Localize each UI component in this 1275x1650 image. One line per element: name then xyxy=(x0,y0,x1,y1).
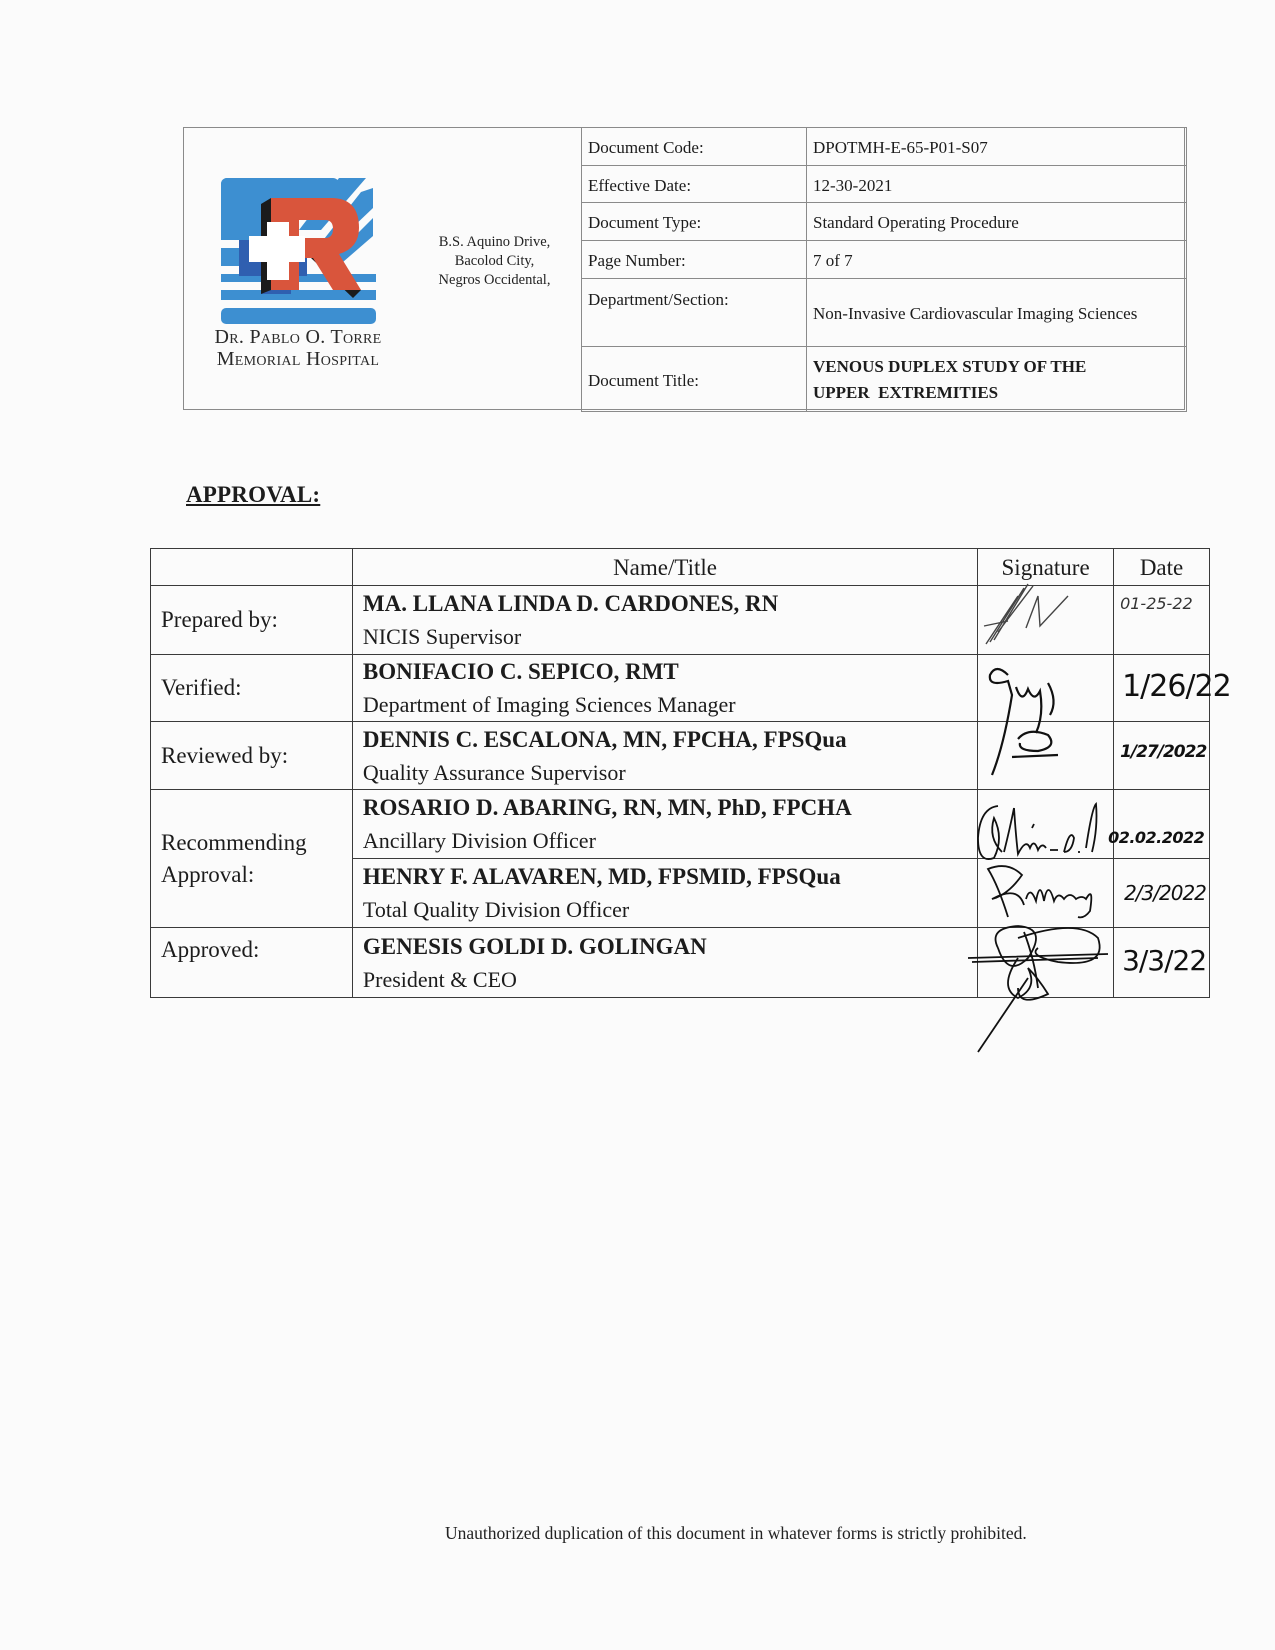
approver-cell: ROSARIO D. ABARING, RN, MN, PhD, FPCHA A… xyxy=(352,790,977,859)
approval-role: Recommending Approval: xyxy=(151,790,353,928)
approver-title: Department of Imaging Sciences Manager xyxy=(363,688,977,721)
signature-cell xyxy=(978,790,1114,859)
hospital-address: B.S. Aquino Drive, Bacolod City, Negros … xyxy=(412,233,577,293)
approver-title: Total Quality Division Officer xyxy=(363,893,977,926)
date-cell: 3/3/22 xyxy=(1114,928,1210,998)
signature-cell xyxy=(978,586,1114,655)
meta-label: Document Title: xyxy=(582,347,807,412)
signature-cell xyxy=(978,722,1114,790)
meta-value-document-code: DPOTMH-E-65-P01-S07 xyxy=(807,128,1187,166)
approval-row-prepared: Prepared by: MA. LLANA LINDA D. CARDONES… xyxy=(151,586,1210,655)
signature-icon xyxy=(974,798,1114,868)
hospital-name: Dr. Pablo O. Torre Memorial Hospital xyxy=(184,326,412,370)
approver-name: BONIFACIO C. SEPICO, RMT xyxy=(363,655,977,688)
approval-row-verified: Verified: BONIFACIO C. SEPICO, RMT Depar… xyxy=(151,655,1210,722)
address-line: Negros Occidental, xyxy=(439,272,551,288)
column-header-name-title: Name/Title xyxy=(352,549,977,586)
hospital-name-line2: Memorial Hospital xyxy=(217,348,380,370)
meta-label: Effective Date: xyxy=(582,166,807,203)
approval-date: 02.02.2022 xyxy=(1108,828,1204,847)
title-line2: UPPER EXTREMITIES xyxy=(813,383,998,402)
approval-row-recommending-1: Recommending Approval: ROSARIO D. ABARIN… xyxy=(151,790,1210,859)
approver-title: Quality Assurance Supervisor xyxy=(363,756,977,789)
approval-date: 1/26/22 xyxy=(1122,669,1231,704)
approval-row-reviewed: Reviewed by: DENNIS C. ESCALONA, MN, FPC… xyxy=(151,722,1210,790)
approver-name: ROSARIO D. ABARING, RN, MN, PhD, FPCHA xyxy=(363,791,977,824)
approver-cell: HENRY F. ALAVAREN, MD, FPSMID, FPSQua To… xyxy=(352,859,977,928)
meta-label: Department/Section: xyxy=(582,279,807,347)
column-header-signature: Signature xyxy=(978,549,1114,586)
approval-role: Approved: xyxy=(151,928,353,998)
approval-date: 1/27/2022 xyxy=(1120,742,1206,762)
role-line1: Recommending xyxy=(161,830,307,855)
title-line1: VENOUS DUPLEX STUDY OF THE xyxy=(813,357,1086,376)
approver-title: Ancillary Division Officer xyxy=(363,824,977,857)
approval-heading: APPROVAL: xyxy=(186,482,320,508)
approval-date: 2/3/2022 xyxy=(1124,881,1206,905)
column-header-role xyxy=(151,549,353,586)
hospital-logo-icon xyxy=(221,178,376,326)
date-cell: 2/3/2022 xyxy=(1114,859,1210,928)
signature-cell xyxy=(978,928,1114,998)
approver-title: NICIS Supervisor xyxy=(363,620,977,653)
meta-row-department: Department/Section: Non-Invasive Cardiov… xyxy=(582,279,1187,347)
duplication-notice: Unauthorized duplication of this documen… xyxy=(445,1523,1027,1544)
meta-value-department: Non-Invasive Cardiovascular Imaging Scie… xyxy=(807,279,1187,347)
meta-row-page-number: Page Number: 7 of 7 xyxy=(582,241,1187,279)
address-line: 6100 xyxy=(480,291,509,293)
hospital-name-line1: Dr. Pablo O. Torre xyxy=(214,326,381,348)
signature-icon xyxy=(978,855,1114,925)
meta-row-document-code: Document Code: DPOTMH-E-65-P01-S07 xyxy=(582,128,1187,166)
approver-title: President & CEO xyxy=(363,963,977,996)
meta-value-document-type: Standard Operating Procedure xyxy=(807,203,1187,241)
approver-cell: MA. LLANA LINDA D. CARDONES, RN NICIS Su… xyxy=(352,586,977,655)
meta-value-effective-date: 12-30-2021 xyxy=(807,166,1187,203)
signature-icon xyxy=(958,918,1138,1058)
column-header-date: Date xyxy=(1114,549,1210,586)
approval-role: Reviewed by: xyxy=(151,722,353,790)
meta-label: Document Type: xyxy=(582,203,807,241)
approver-cell: GENESIS GOLDI D. GOLINGAN President & CE… xyxy=(352,928,977,998)
signature-cell xyxy=(978,859,1114,928)
document-header: Dr. Pablo O. Torre Memorial Hospital B.S… xyxy=(183,127,1185,410)
document-meta-table: Document Code: DPOTMH-E-65-P01-S07 Effec… xyxy=(581,127,1187,412)
meta-label: Page Number: xyxy=(582,241,807,279)
address-line: B.S. Aquino Drive, xyxy=(439,234,551,250)
approval-role: Verified: xyxy=(151,655,353,722)
address-line: Bacolod City, xyxy=(455,253,535,269)
approval-date: 01-25-22 xyxy=(1120,594,1193,613)
approval-row-approved: Approved: GENESIS GOLDI D. GOLINGAN Pres… xyxy=(151,928,1210,998)
role-line2: Approval: xyxy=(161,862,254,887)
approval-date: 3/3/22 xyxy=(1122,944,1206,977)
meta-row-document-type: Document Type: Standard Operating Proced… xyxy=(582,203,1187,241)
date-cell: 01-25-22 xyxy=(1114,586,1210,655)
approver-name: MA. LLANA LINDA D. CARDONES, RN xyxy=(363,587,977,620)
date-cell: 02.02.2022 xyxy=(1114,790,1210,859)
date-cell: 1/26/22 xyxy=(1114,655,1210,722)
approver-name: HENRY F. ALAVAREN, MD, FPSMID, FPSQua xyxy=(363,860,977,893)
meta-row-document-title: Document Title: VENOUS DUPLEX STUDY OF T… xyxy=(582,347,1187,412)
meta-value-document-title: VENOUS DUPLEX STUDY OF THE UPPER EXTREMI… xyxy=(807,347,1187,412)
approver-name: GENESIS GOLDI D. GOLINGAN xyxy=(363,930,977,963)
approver-name: DENNIS C. ESCALONA, MN, FPCHA, FPSQua xyxy=(363,723,977,756)
approval-header-row: Name/Title Signature Date xyxy=(151,549,1210,586)
approver-cell: DENNIS C. ESCALONA, MN, FPCHA, FPSQua Qu… xyxy=(352,722,977,790)
approval-table: Name/Title Signature Date Prepared by: M… xyxy=(150,548,1210,998)
meta-value-page-number: 7 of 7 xyxy=(807,241,1187,279)
date-cell: 1/27/2022 xyxy=(1114,722,1210,790)
signature-cell xyxy=(978,655,1114,722)
meta-label: Document Code: xyxy=(582,128,807,166)
approver-cell: BONIFACIO C. SEPICO, RMT Department of I… xyxy=(352,655,977,722)
meta-row-effective-date: Effective Date: 12-30-2021 xyxy=(582,166,1187,203)
approval-role: Prepared by: xyxy=(151,586,353,655)
